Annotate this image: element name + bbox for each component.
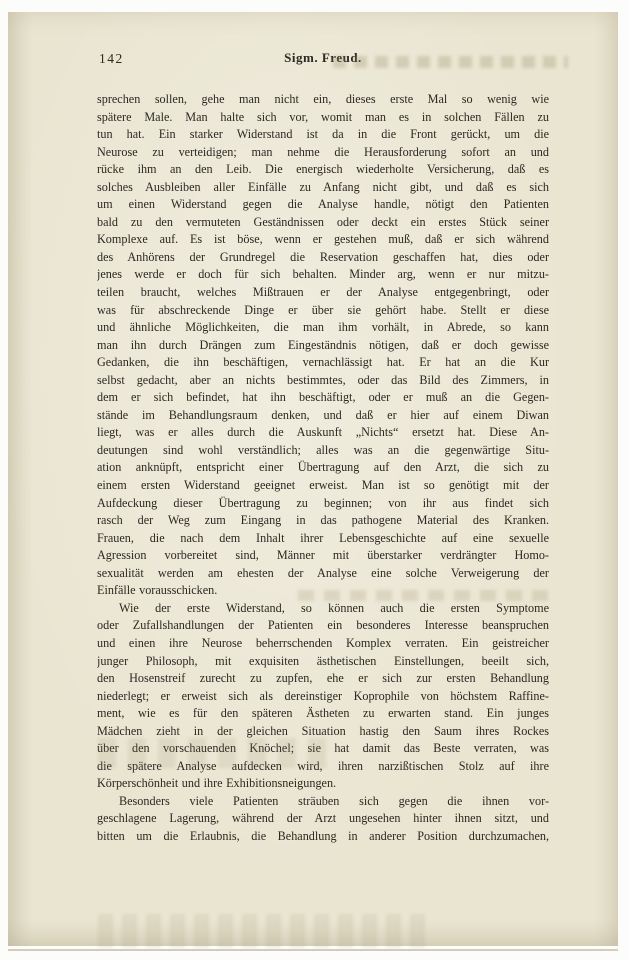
text-line: rücke ihm an den Leib. Die energisch wie… — [97, 161, 549, 179]
book-page: 142 Sigm. Freud. sprechen sollen, gehe m… — [8, 12, 618, 946]
text-line: ment, wie es für den späteren Ästheten z… — [97, 705, 549, 723]
running-header: Sigm. Freud. — [97, 50, 549, 66]
text-line: solches Ausbleiben aller Einfälle zu Anf… — [97, 179, 549, 197]
text-line: liegt, was er alles durch die Auskunft „… — [97, 424, 549, 442]
text-line: niederlegt; er erweist sich als dereinst… — [97, 688, 549, 706]
text-line: des Anhörens der Grundregel die Reservat… — [97, 249, 549, 267]
text-line: Aufdeckung dieser Übertragung zu beginne… — [97, 495, 549, 513]
text-line: spätere Male. Man halte sich vor, womit … — [97, 109, 549, 127]
text-line: dem er sich befindet, hat ihn beschäftig… — [97, 389, 549, 407]
text-line: die spätere Analyse aufdecken wird, ihre… — [97, 758, 549, 776]
text-line: den Hosenstreif zurecht zu zupfen, ehe e… — [97, 670, 549, 688]
text-line: rasch der Weg zum Eingang in das pathoge… — [97, 512, 549, 530]
text-line: stände im Behandlungsraum denken, und da… — [97, 407, 549, 425]
ink-bleedthrough — [98, 914, 428, 948]
text-line: Frauen, die nach dem Inhalt ihrer Lebens… — [97, 530, 549, 548]
scanned-page: 142 Sigm. Freud. sprechen sollen, gehe m… — [0, 0, 630, 960]
text-line: bitten um die Erlaubnis, die Behandlung … — [97, 828, 549, 846]
text-line: junger Philosoph, mit exquisiten ästheti… — [97, 653, 549, 671]
text-line: man ihn durch Drängen zum Eingeständnis … — [97, 337, 549, 355]
text-line: Agression vorbereitet sind, Männer mit ü… — [97, 547, 549, 565]
body-text: sprechen sollen, gehe man nicht ein, die… — [97, 91, 549, 846]
text-line: jenes werde er doch für sich behalten. M… — [97, 266, 549, 284]
text-line: Körperschönheit und ihre Exhibitionsneig… — [97, 775, 549, 793]
text-line: teilen braucht, welches Mißtrauen er der… — [97, 284, 549, 302]
text-line: Mädchen zieht in der gleichen Situation … — [97, 723, 549, 741]
text-line: Einfälle vorausschicken. — [97, 582, 549, 600]
text-line: Neurose zu verteidigen; man nehme die He… — [97, 144, 549, 162]
text-line: ation anknüpft, entspricht einer Übertra… — [97, 459, 549, 477]
text-line: Komplexe auf. Es ist böse, wenn er geste… — [97, 231, 549, 249]
text-line: sprechen sollen, gehe man nicht ein, die… — [97, 91, 549, 109]
text-line: geschlagene Lagerung, während der Arzt u… — [97, 810, 549, 828]
text-line: selbst gedacht, aber an nichts bestimmte… — [97, 372, 549, 390]
text-line: einem ersten Widerstand geeignet erweist… — [97, 477, 549, 495]
text-line: tun hat. Ein starker Widerstand ist da i… — [97, 126, 549, 144]
text-line: Gedanken, die ihn beschäftigen, vernachl… — [97, 354, 549, 372]
text-line: bald zu den vermuteten Geständnissen ode… — [97, 214, 549, 232]
text-line: sexualität werden am ehesten der Analyse… — [97, 565, 549, 583]
text-line: was für abschreckende Dinge er über sie … — [97, 302, 549, 320]
text-line: Besonders viele Patienten sträuben sich … — [97, 793, 549, 811]
text-line: und einen ihre Neurose beherrschenden Ko… — [97, 635, 549, 653]
text-line: oder Zufallshandlungen der Patienten ein… — [97, 617, 549, 635]
text-line: Wie der erste Widerstand, so können auch… — [97, 600, 549, 618]
text-line: und ähnliche Möglichkeiten, die man ihm … — [97, 319, 549, 337]
text-line: deutungen sind wohl verständlich; alles … — [97, 442, 549, 460]
text-line: über den vorschauenden Knöchel; sie hat … — [97, 740, 549, 758]
page-header: 142 Sigm. Freud. — [97, 50, 549, 70]
text-line: um einen Widerstand gegen die Analyse ha… — [97, 196, 549, 214]
